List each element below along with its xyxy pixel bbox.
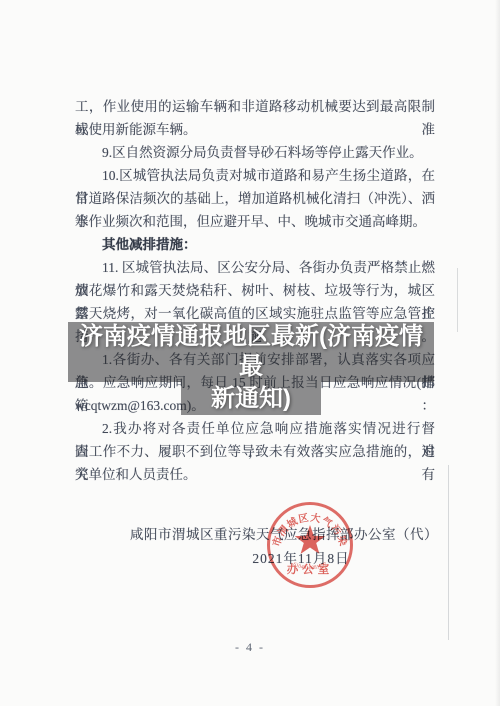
doc-line: 烟花爆竹和露天焚烧秸秆、树叶、树枝、垃圾等行为，城区禁止 xyxy=(75,279,435,302)
doc-line: 等作业频次和范围，但应避开早、中、晚城市交通高峰期。 xyxy=(75,210,435,233)
scanned-document-page: 工，作业使用的运输车辆和非道路移动机械要达到最高限制标准或使用新能源车辆。9.区… xyxy=(0,0,500,706)
doc-line: 2.我办将对各责任单位应急响应措施落实情况进行督查，对 xyxy=(75,417,435,440)
doc-line: 10.区城管执法局负责对城市道路和易产生扬尘道路，在日 xyxy=(75,164,435,187)
official-seal: 咸阳市渭城区大气污染防治 办公室 6104010881157 xyxy=(245,480,375,610)
doc-line: 其他减排措施： xyxy=(75,233,435,256)
seal-star-icon xyxy=(295,525,325,554)
banner-title-line2: 新通知) xyxy=(181,382,321,415)
doc-line: 9.区自然资源分局负责督导砂石料场等停止露天作业。 xyxy=(75,141,435,164)
overlay-banner: 济南疫情通报地区最新(济南疫情最新通知) xyxy=(68,322,434,415)
doc-line: 11. 区城管执法局、区公安分局、各街办负责严格禁止燃放 xyxy=(75,256,435,279)
banner-title-line1: 济南疫情通报地区最新(济南疫情最 xyxy=(68,322,434,382)
scan-fold-line xyxy=(457,268,458,332)
doc-line: 常道路保洁频次的基础上，增加道路机械化清扫（冲洗）、洒水 xyxy=(75,187,435,210)
doc-line: 工，作业使用的运输车辆和非道路移动机械要达到最高限制标准 xyxy=(75,95,435,118)
doc-line: 因工作不力、履职不到位等导致未有效落实应急措施的，追究有 xyxy=(75,440,435,463)
page-number: - 4 - xyxy=(0,640,500,655)
document-body: 工，作业使用的运输车辆和非道路移动机械要达到最高限制标准或使用新能源车辆。9.区… xyxy=(75,95,435,486)
scan-edge-shade xyxy=(495,0,500,706)
scan-fold-line xyxy=(448,465,449,640)
